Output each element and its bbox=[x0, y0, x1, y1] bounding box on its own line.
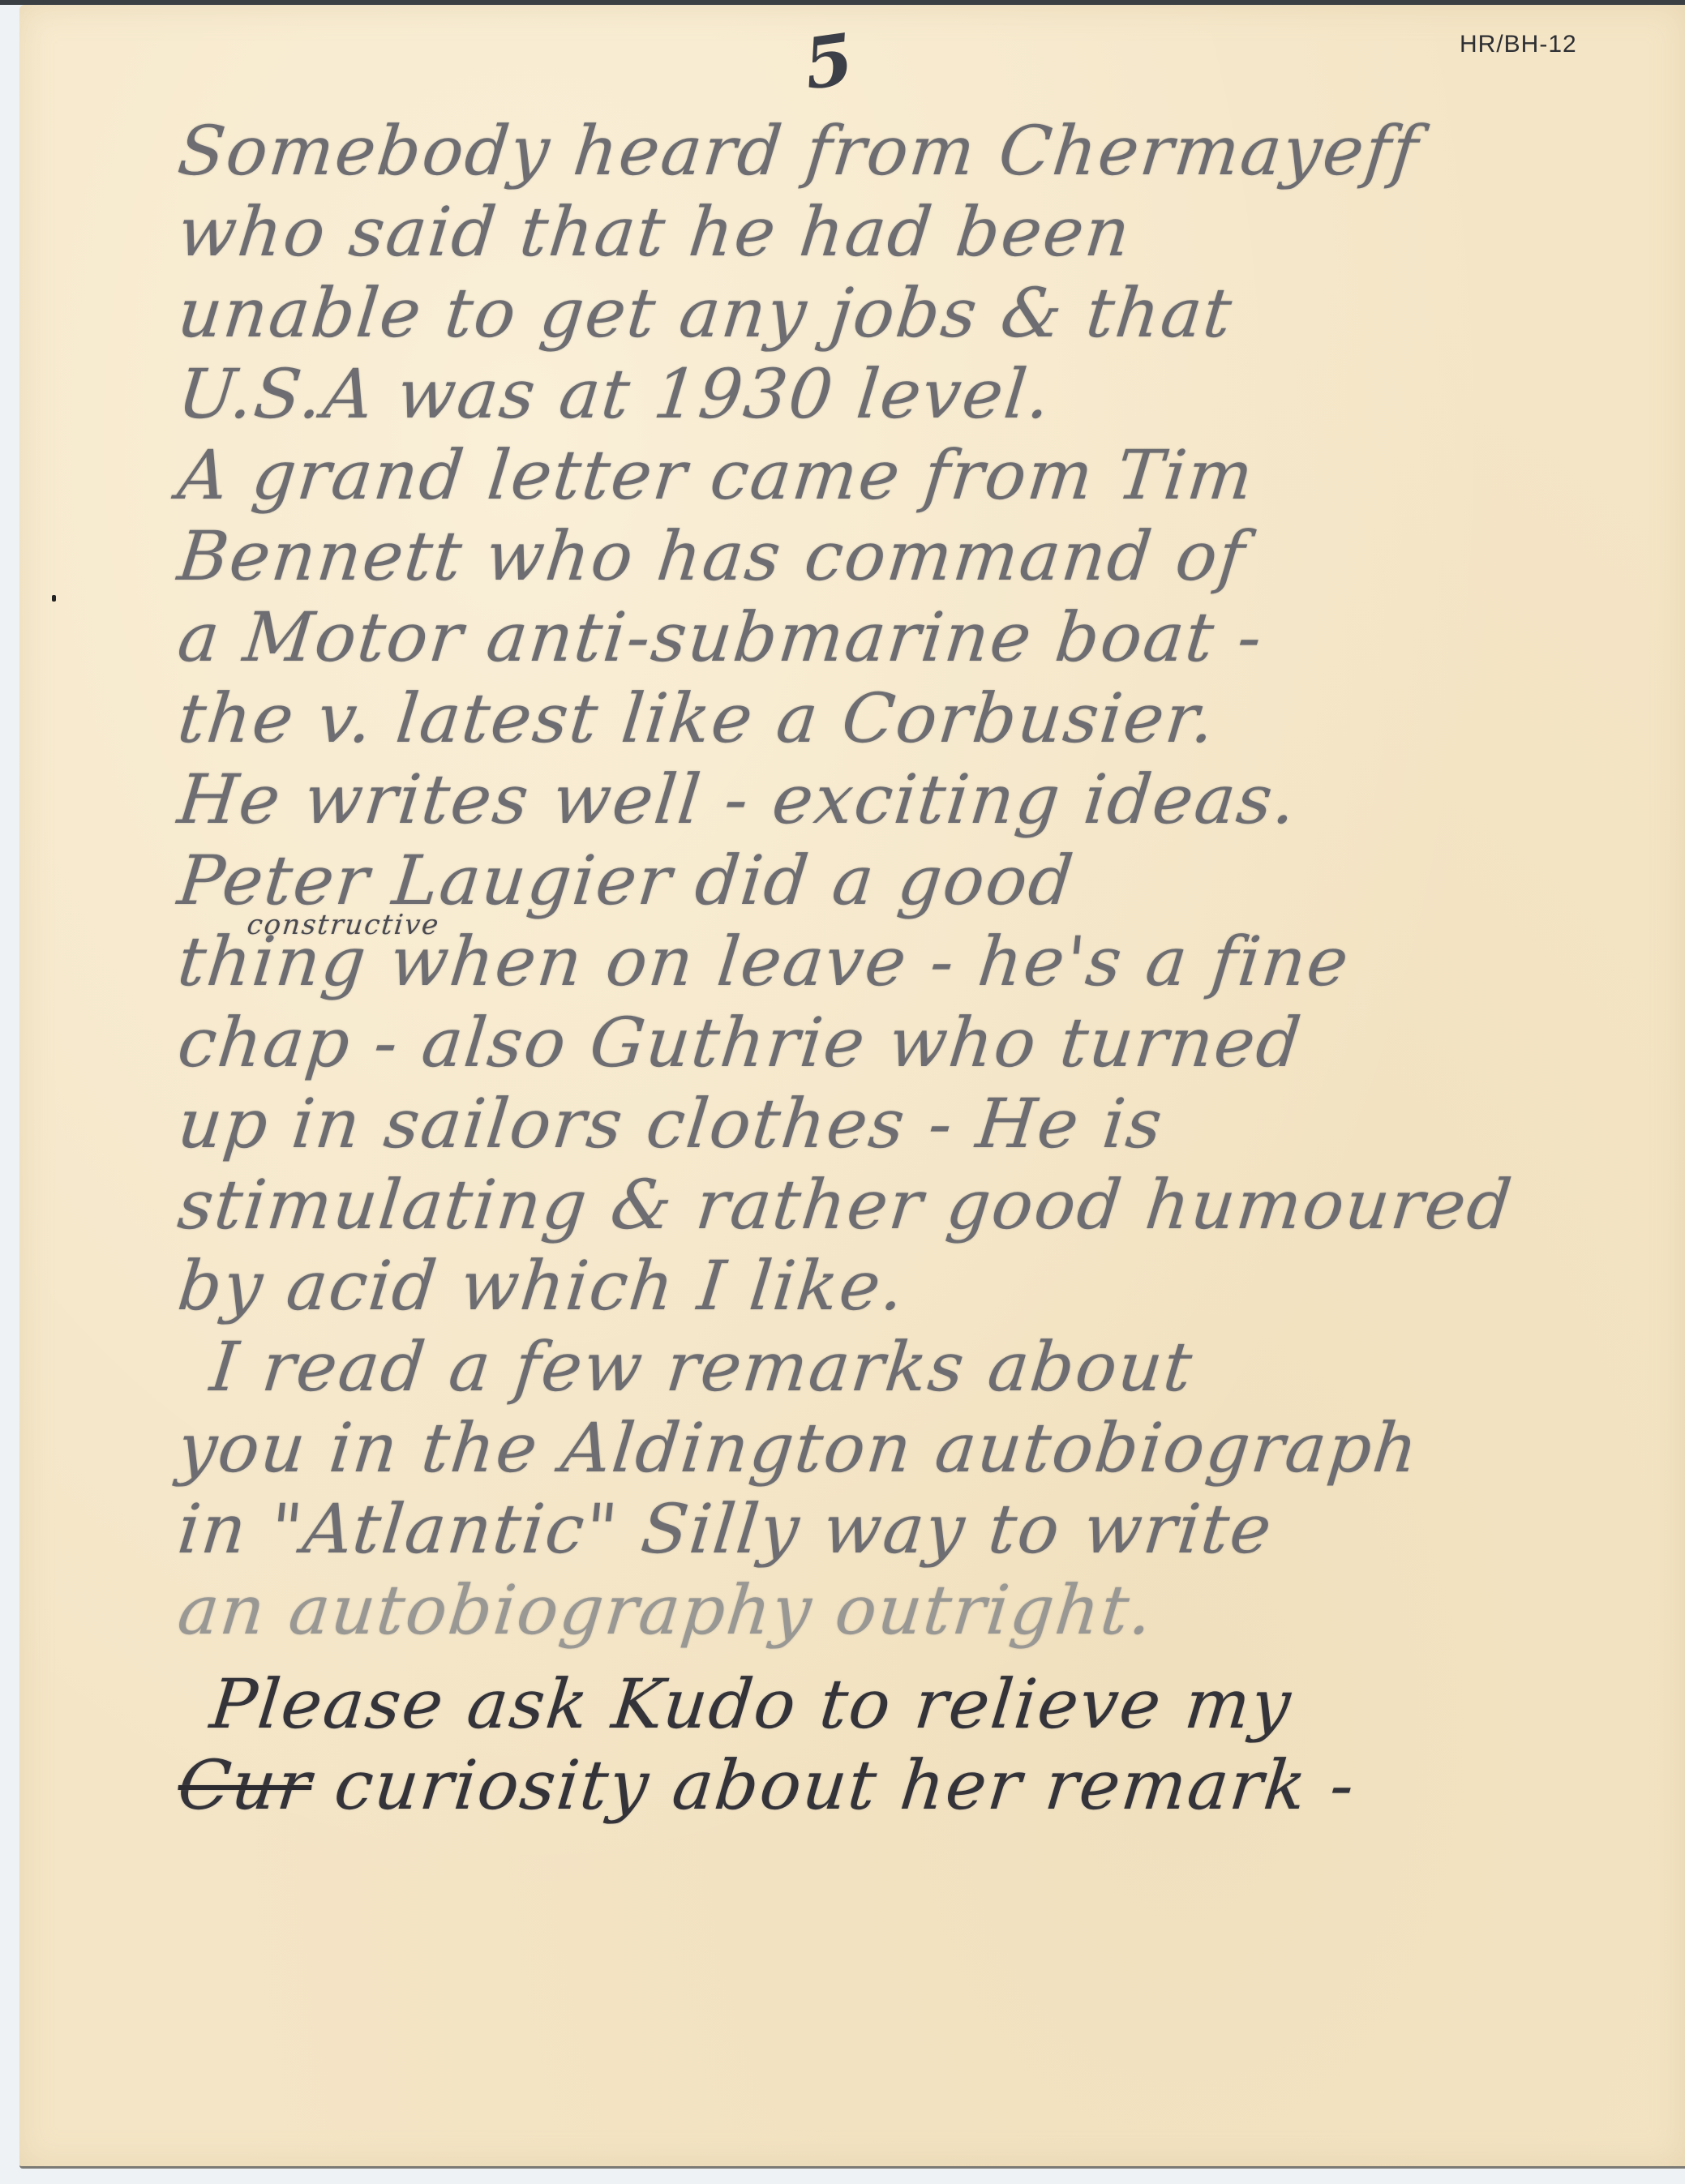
archive-reference: HR/BH-12 bbox=[1460, 32, 1577, 57]
handwritten-line: He writes well - exciting ideas. bbox=[174, 759, 1685, 840]
handwritten-line: Please ask Kudo to relieve my bbox=[174, 1664, 1685, 1745]
handwritten-line: you in the Aldington autobiograph bbox=[174, 1407, 1685, 1488]
handwritten-line: chap - also Guthrie who turned bbox=[174, 1002, 1685, 1083]
handwritten-line: stimulating & rather good humoured bbox=[174, 1164, 1685, 1245]
handwritten-body: Somebody heard from Chermayeff who said … bbox=[178, 110, 1685, 1826]
handwritten-line: up in sailors clothes - He is bbox=[174, 1083, 1685, 1164]
handwritten-line-with-strikeout: Cur curiosity about her remark - bbox=[174, 1745, 1685, 1826]
handwritten-line-text: curiosity about her remark - bbox=[331, 1745, 1359, 1825]
interlinear-insertion: constructive bbox=[246, 911, 441, 939]
struck-out-word: Cur bbox=[174, 1745, 316, 1825]
handwritten-line: Bennett who has command of bbox=[174, 516, 1685, 597]
handwritten-line: a Motor anti-submarine boat - bbox=[174, 597, 1685, 678]
handwritten-line: who said that he had been bbox=[174, 191, 1685, 272]
handwritten-line: in "Atlantic" Silly way to write bbox=[174, 1488, 1685, 1569]
page-number: 5 bbox=[800, 24, 857, 100]
handwritten-line: unable to get any jobs & that bbox=[174, 272, 1685, 353]
handwritten-line: U.S.A was at 1930 level. bbox=[174, 353, 1685, 435]
handwritten-line: Somebody heard from Chermayeff bbox=[174, 110, 1685, 191]
handwritten-line: by acid which I like. bbox=[174, 1245, 1685, 1326]
handwritten-line-with-insertion: constructive thing when on leave - he's … bbox=[174, 921, 1685, 1002]
handwritten-line: an autobiography outright. bbox=[174, 1569, 1685, 1651]
margin-mark bbox=[52, 595, 56, 602]
handwritten-line: A grand letter came from Tim bbox=[174, 435, 1685, 516]
handwritten-line: I read a few remarks about bbox=[174, 1326, 1685, 1407]
letter-page: 5 HR/BH-12 Somebody heard from Chermayef… bbox=[19, 5, 1685, 2169]
handwritten-line: the v. latest like a Corbusier. bbox=[174, 678, 1685, 759]
